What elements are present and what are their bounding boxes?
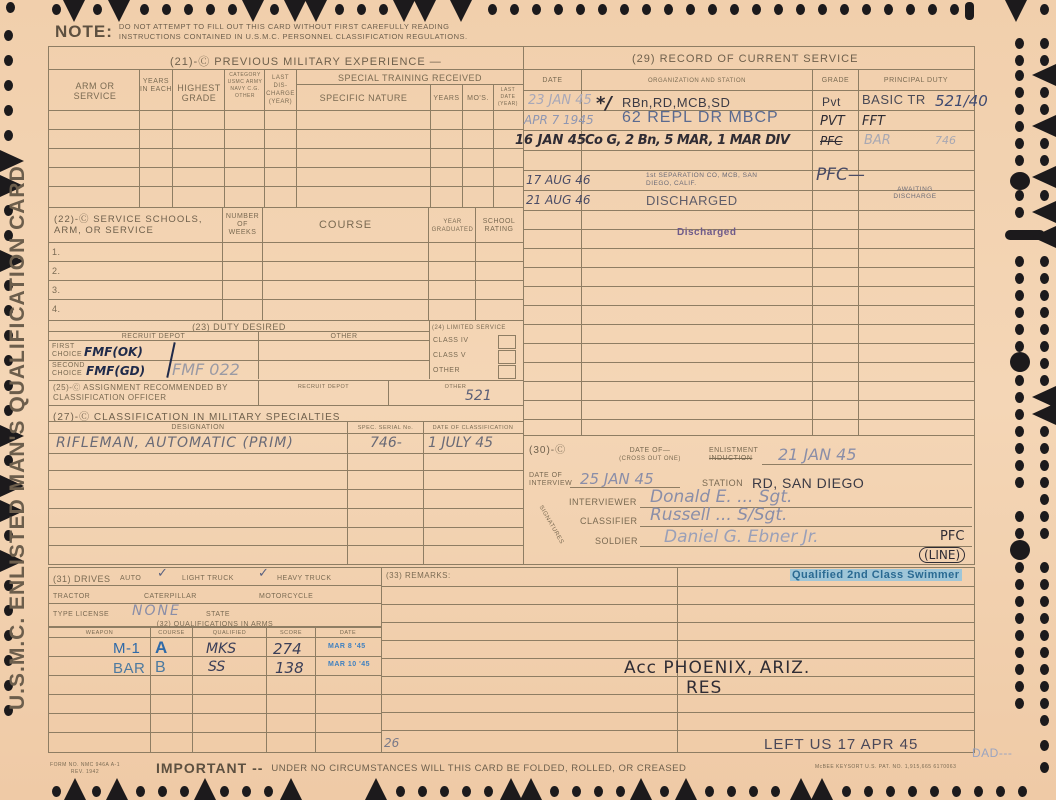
s29-row1-duty: BASIC TR — [862, 92, 926, 107]
s33-remarks-line-1: Acc PHOENIX, ARIZ. — [624, 658, 810, 678]
s31-auto-label: AUTO — [120, 575, 141, 583]
note-line-2: INSTRUCTIONS CONTAINED IN U.S.M.C. PERSO… — [119, 32, 468, 42]
s30-induction-label: INDUCTION — [709, 455, 752, 463]
s29-row3-grade: PFC — [820, 134, 843, 148]
s30-interviewer-signature: Donald E. ... Sgt. — [650, 487, 792, 507]
s29-row5-grade: PFC— — [816, 165, 865, 185]
s29-asterisk-mark: */ — [596, 93, 612, 114]
s29-title: (29) RECORD OF CURRENT SERVICE — [632, 53, 858, 65]
s29-row2-duty: FFT — [862, 114, 885, 129]
s21-specific-nature-header: SPECIFIC NATURE — [297, 93, 430, 103]
s24-class5-checkbox[interactable] — [498, 350, 516, 364]
s21-last-date-header: LAST DATE (YEAR) — [494, 87, 522, 108]
s27-designation-header: DESIGNATION — [49, 424, 347, 432]
s29-row1-grade: Pvt — [822, 95, 841, 109]
s31-state-label: STATE — [206, 611, 230, 619]
dad-stamp: DAD--- — [972, 746, 1012, 760]
important-label: IMPORTANT -- — [156, 760, 263, 776]
s32-qualified-header: QUALIFIED — [193, 629, 266, 637]
s31-caterpillar-label: CATERPILLAR — [144, 593, 197, 601]
s24-other-checkbox[interactable] — [498, 365, 516, 379]
s29-row1-org: RBn,RD,MCB,SD — [622, 95, 730, 110]
s29-row2-grade: PVT — [820, 114, 845, 129]
s31-light-truck-label: LIGHT TRUCK — [182, 575, 234, 583]
s24-class4-checkbox[interactable] — [498, 335, 516, 349]
s22-row-3: 3. — [52, 285, 61, 295]
s29-row1-date: 23 JAN 45 — [528, 93, 592, 108]
s32-row1-score: 274 — [273, 640, 302, 658]
s29-grade-header: GRADE — [813, 77, 858, 85]
section-21-previous-military-experience — [48, 46, 524, 208]
s25-title: (25)-Ⓒ ASSIGNMENT RECOMMENDED BY CLASSIF… — [53, 383, 258, 403]
s29-duty-header: PRINCIPAL DUTY — [859, 77, 973, 85]
s23-recruit-depot-header: RECRUIT DEPOT — [49, 333, 258, 341]
s24-class5: CLASS V — [433, 352, 466, 360]
s31-license-label: TYPE LICENSE — [53, 611, 109, 619]
s32-date-header: DATE — [316, 629, 380, 637]
s25-other-value: 521 — [465, 388, 492, 404]
s24-other: OTHER — [433, 367, 460, 375]
s22-title: (22)-Ⓒ SERVICE SCHOOLS, ARM, OR SERVICE — [54, 214, 224, 236]
s32-row1-weapon: M-1 — [113, 640, 140, 657]
s33-title: (33) REMARKS: — [386, 572, 451, 580]
s29-row6-date: 21 AUG 46 — [526, 193, 590, 207]
s30-cross-out: (CROSS OUT ONE) — [610, 455, 690, 463]
s30-soldier-grade: PFC — [940, 529, 964, 544]
note-label: NOTE: — [55, 22, 113, 42]
s32-row1-course: A — [155, 638, 168, 658]
s27-serial-value: 746- — [370, 435, 402, 451]
s23-other-header: OTHER — [259, 333, 429, 341]
important-text: UNDER NO CIRCUMSTANCES WILL THIS CARD BE… — [271, 763, 686, 774]
s30-enlistment-value: 21 JAN 45 — [778, 445, 857, 464]
s32-row2-score: 138 — [275, 659, 304, 677]
s29-row5-org: 1st SEPARATION CO, MCB, SAN DIEGO, CALIF… — [646, 172, 766, 188]
s30-date-of: DATE OF— — [620, 447, 680, 455]
patent-text: McBEE KEYSORT U.S. PAT. NO. 1,915,665 61… — [815, 763, 975, 771]
note-header: NOTE: DO NOT ATTEMPT TO FILL OUT THIS CA… — [55, 22, 468, 42]
s32-row2-weapon: BAR — [113, 660, 145, 677]
s27-designation-value: RIFLEMAN, AUTOMATIC (PRIM) — [56, 435, 294, 451]
s29-org-header: ORGANIZATION AND STATION — [582, 77, 812, 85]
s22-year-header: YEAR GRADUATED — [430, 218, 475, 234]
s31-tractor-label: TRACTOR — [53, 593, 90, 601]
s21-highest-grade-header: HIGHEST GRADE — [174, 83, 224, 103]
s21-title: (21)-Ⓒ PREVIOUS MILITARY EXPERIENCE — — [170, 53, 442, 69]
s29-row5-date: 17 AUG 46 — [526, 173, 590, 187]
s29-row7-org: Discharged — [677, 227, 736, 238]
s32-row1-qualified: MKS — [206, 641, 236, 657]
s29-row3-org: Co G, 2 Bn, 5 MAR, 1 MAR DIV — [585, 133, 789, 148]
qualification-card: U.S.M.C. ENLISTED MAN'S QUALIFICATION CA… — [0, 0, 1056, 800]
s21-category-header: CATEGORY USMC ARMY NAVY C.G. OTHER — [226, 72, 264, 100]
s30-classifier-signature: Russell ... S/Sgt. — [650, 505, 787, 525]
form-number: FORM NO. NMC 946A A-1 REV. 1942 — [50, 762, 120, 776]
s23-second-choice-extra: FMF 022 — [172, 360, 240, 379]
s32-weapon-header: WEAPON — [49, 629, 150, 637]
s21-mos-header: MO'S. — [463, 95, 493, 103]
s30-interviewer-label: INTERVIEWER — [569, 497, 637, 507]
s21-last-discharge-header: LAST DIS-CHARGE (YEAR) — [265, 74, 296, 106]
s30-title: (30)-Ⓒ — [529, 441, 566, 456]
s29-row1-extra: 521/40 — [935, 92, 988, 110]
s32-score-header: SCORE — [267, 629, 315, 637]
s29-row5-duty: AWAITING DISCHARGE — [885, 186, 945, 200]
s25-other-header: OTHER — [389, 383, 522, 391]
s32-row2-date: MAR 10 '45 — [328, 661, 370, 668]
s22-row-4: 4. — [52, 304, 61, 314]
s29-row2-date: APR 7 1945 — [524, 113, 594, 127]
s22-row-1: 1. — [52, 247, 61, 257]
s29-row2-org: 62 REPL DR MBCP — [622, 109, 779, 127]
s23-second-choice-value: FMF(GD) — [86, 364, 145, 378]
s27-date-value: 1 JULY 45 — [428, 435, 493, 451]
s29-row3-extra: 746 — [935, 134, 956, 147]
s23-first-choice-value: FMF(OK) — [84, 345, 143, 359]
s30-classifier-label: CLASSIFIER — [580, 516, 638, 526]
card-side-title: U.S.M.C. ENLISTED MAN'S QUALIFICATION CA… — [6, 165, 30, 710]
s24-title: (24) LIMITED SERVICE — [432, 324, 522, 332]
s31-motorcycle-label: MOTORCYCLE — [259, 593, 313, 601]
s33-swimmer-stamp: Qualified 2nd Class Swimmer — [790, 569, 962, 581]
s21-years-each-header: YEARS IN EACH — [140, 78, 172, 94]
s21-years-header: YEARS — [431, 95, 462, 103]
s22-row-2: 2. — [52, 266, 61, 276]
s31-light-check: ✓ — [258, 566, 269, 581]
s32-row2-course: B — [155, 659, 166, 677]
s30-enlistment-label: ENLISTMENT — [709, 447, 758, 455]
s23-second-choice-label: SECOND CHOICE — [52, 362, 86, 378]
s31-license-value: NONE — [132, 603, 181, 619]
s21-special-training-header: SPECIAL TRAINING RECEIVED — [297, 73, 523, 83]
s30-soldier-signature: Daniel G. Ebner Jr. — [664, 527, 819, 547]
s27-serial-header: SPEC. SERIAL No. — [348, 424, 423, 432]
s29-date-header: DATE — [524, 77, 581, 85]
s27-date-header: DATE OF CLASSIFICATION — [424, 424, 522, 432]
s30-date-of-interview-label: DATE OF INTERVIEW — [529, 472, 569, 488]
s33-number: 26 — [384, 736, 399, 750]
s32-row2-qualified: SS — [208, 659, 225, 675]
s24-class4: CLASS IV — [433, 337, 469, 345]
s22-course-header: COURSE — [263, 219, 428, 231]
s33-left-us-stamp: LEFT US 17 APR 45 — [764, 736, 918, 753]
s25-recruit-depot-header: RECRUIT DEPOT — [259, 383, 388, 391]
s22-rating-header: SCHOOL RATING — [476, 218, 522, 234]
s29-row3-duty: BAR — [864, 133, 891, 148]
s30-soldier-note: (LINE) — [919, 547, 965, 563]
s32-row1-date: MAR 8 '45 — [328, 643, 366, 650]
important-footer: IMPORTANT -- UNDER NO CIRCUMSTANCES WILL… — [156, 760, 686, 776]
s29-row6-org: DISCHARGED — [646, 193, 738, 208]
s29-row3-date: 16 JAN 45 — [515, 133, 586, 148]
s21-arm-header: ARM OR SERVICE — [60, 81, 130, 101]
s30-soldier-label: SOLDIER — [595, 536, 638, 546]
s31-auto-check: ✓ — [157, 566, 168, 581]
s30-date-of-interview-value: 25 JAN 45 — [580, 470, 654, 488]
s22-weeks-header: NUMBER OF WEEKS — [223, 213, 262, 237]
s32-course-header: COURSE — [151, 629, 192, 637]
s31-drives-label: (31) DRIVES — [53, 574, 111, 584]
s33-remarks-line-2: RES — [686, 678, 722, 698]
note-line-1: DO NOT ATTEMPT TO FILL OUT THIS CARD WIT… — [119, 22, 468, 32]
s23-first-choice-label: FIRST CHOICE — [52, 343, 86, 359]
s31-heavy-truck-label: HEAVY TRUCK — [277, 575, 332, 583]
